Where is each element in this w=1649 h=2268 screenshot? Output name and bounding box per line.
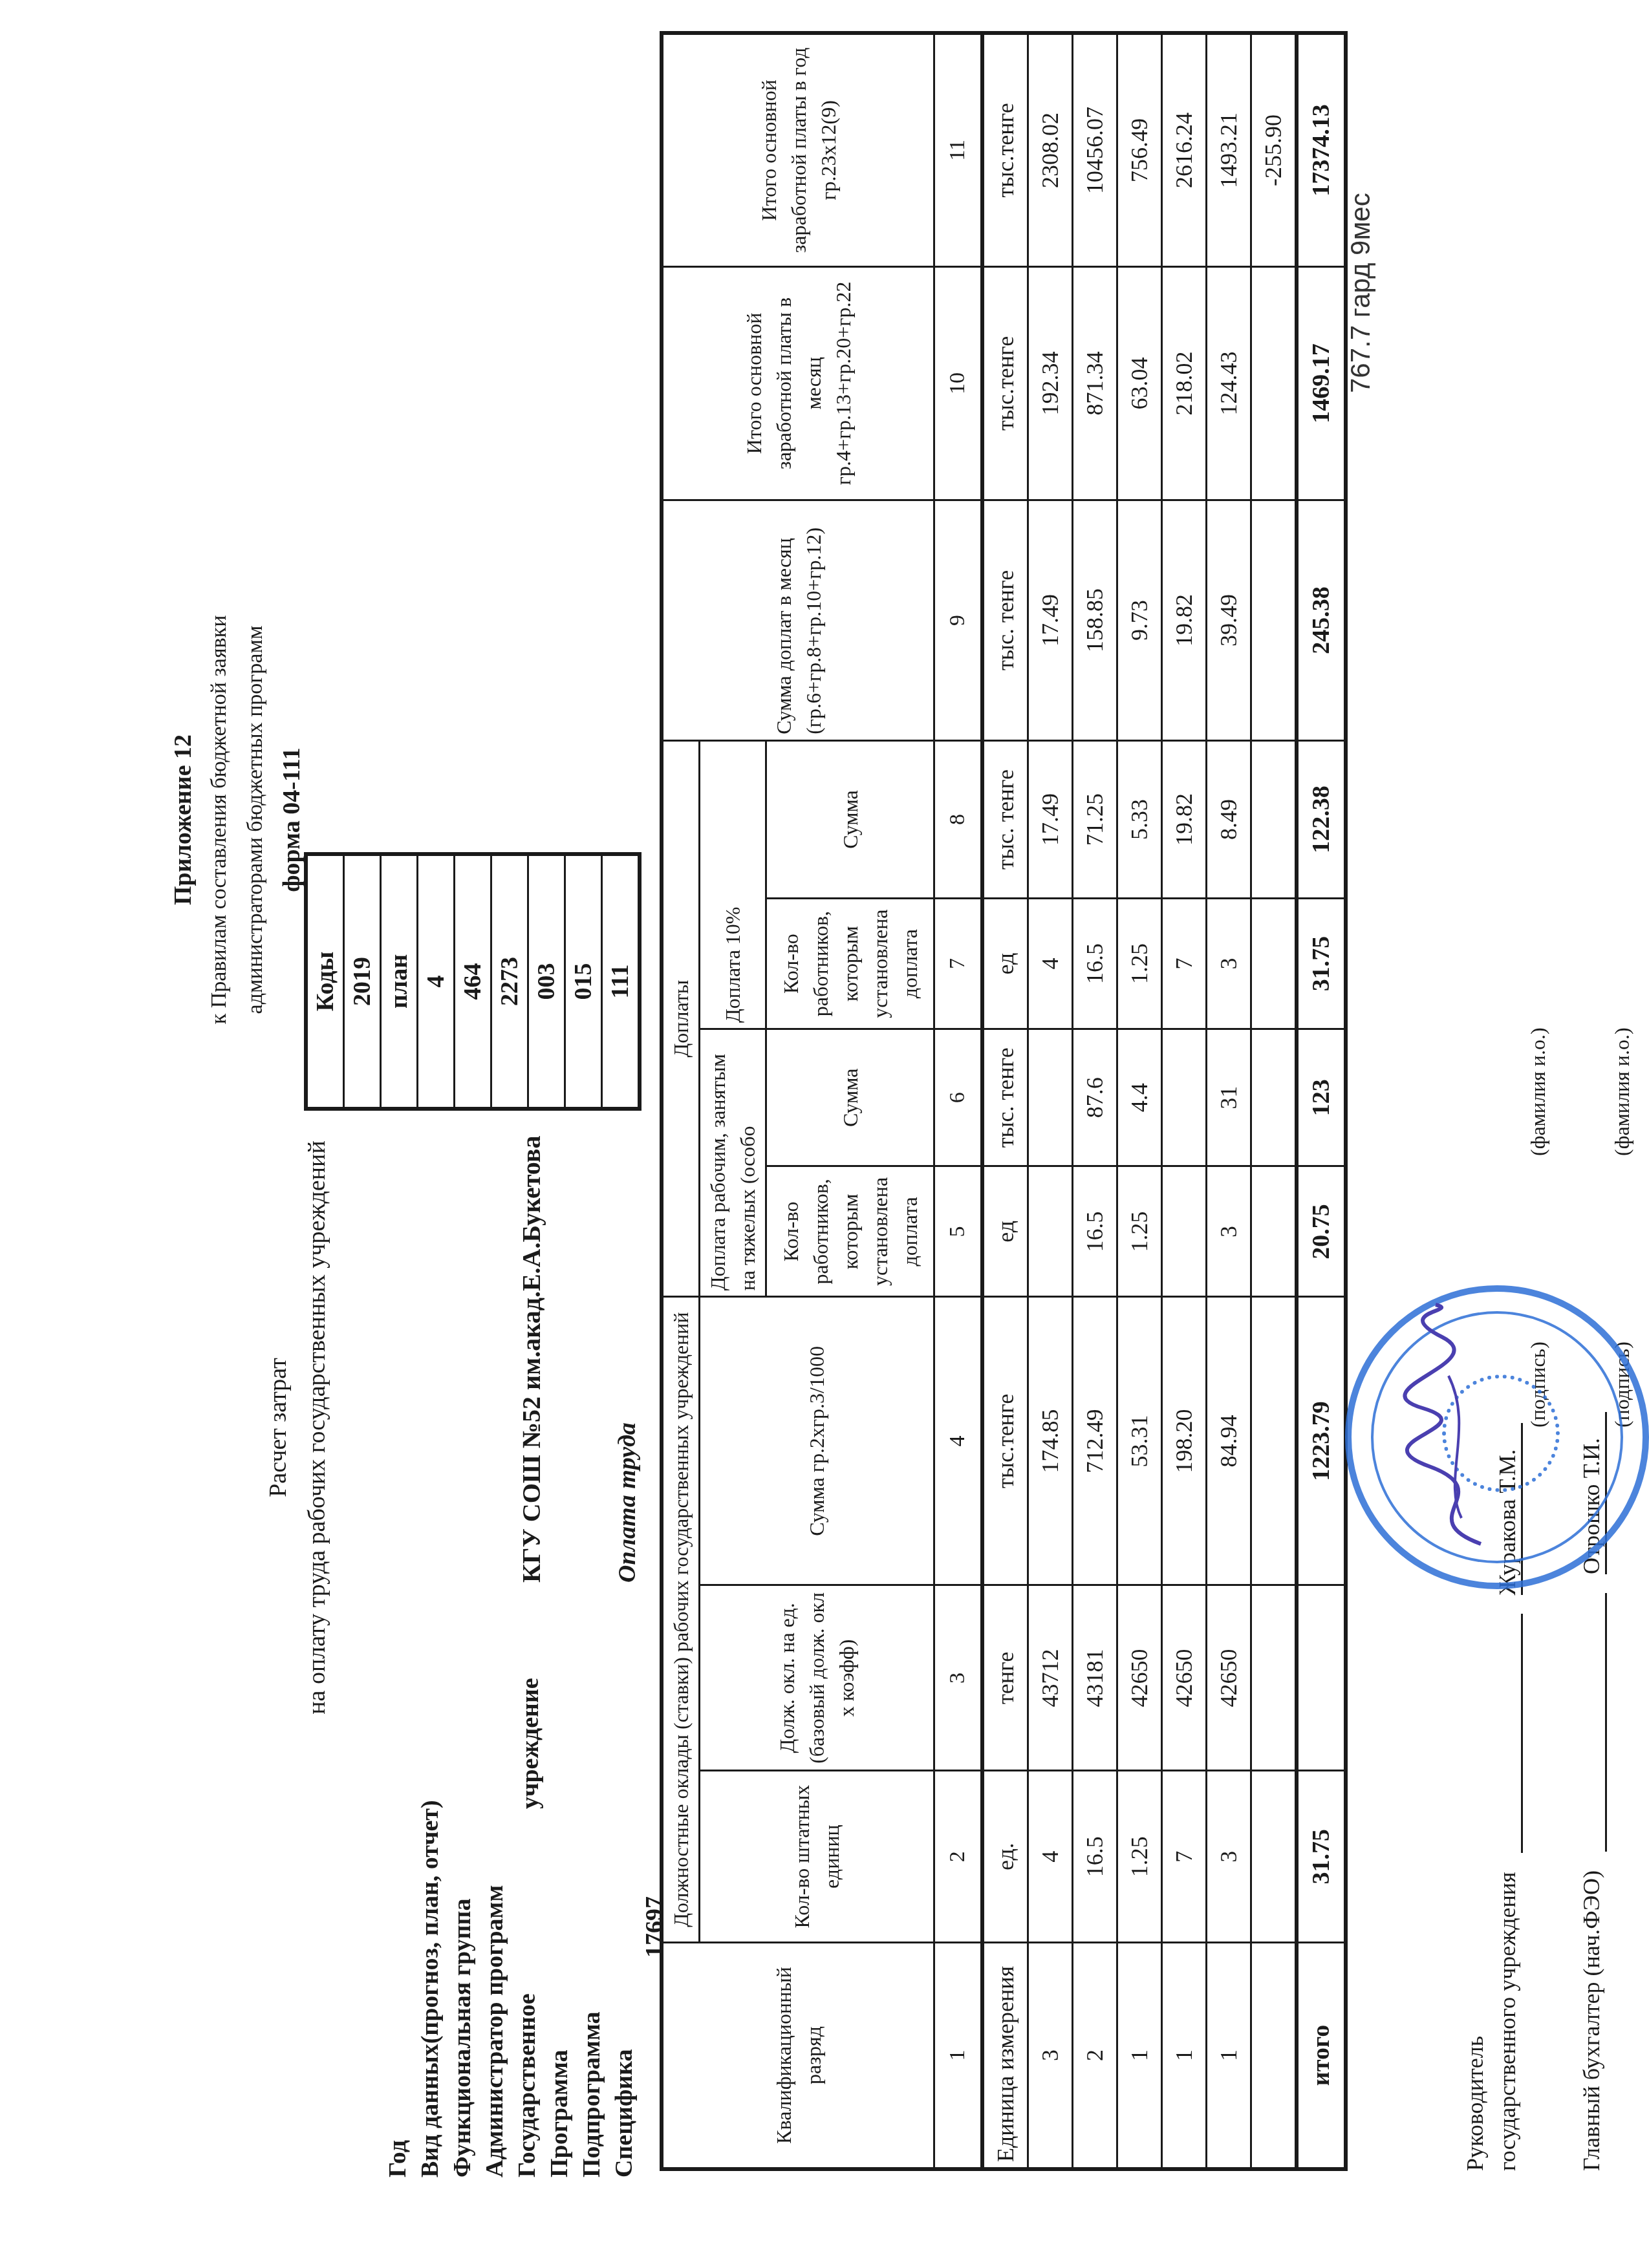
row-cell-8: 8.49 (1207, 740, 1251, 898)
row-cell-1: 1 (1207, 1942, 1251, 2169)
row-cell-3: 43181 (1073, 1585, 1117, 1771)
meta-label-year: Год (382, 1800, 414, 2177)
colnum-cell-8: 8 (934, 740, 983, 898)
row-cell-11: 756.49 (1117, 33, 1162, 266)
row-cell-1 (1251, 1942, 1297, 2169)
header-heavy-sum: Сумма (766, 1029, 934, 1166)
row-cell-6 (1251, 1029, 1297, 1166)
row-cell-8: 5.33 (1117, 740, 1162, 898)
code-subprogram: 015 (565, 854, 602, 1109)
header-extra-10: Доплата 10% (700, 740, 766, 1029)
total-cell-8: 122.38 (1297, 740, 1346, 898)
row-cell-4: 84.94 (1207, 1297, 1251, 1585)
code-data-type: план (381, 854, 418, 1109)
accountant-name-caption: (фамилия и.о.) (1610, 1027, 1634, 1156)
header-extra-sum: Сумма доплат в месяц (гр.6+гр.8+гр.10+гр… (662, 500, 934, 740)
total-cell-6: 123 (1297, 1029, 1346, 1166)
row-cell-11: 10456.07 (1073, 33, 1117, 266)
header-salary-per-unit: Долж. окл. на ед. (базовый долж. окл х к… (700, 1585, 934, 1771)
row-cell-7: 7 (1162, 899, 1207, 1029)
units-cell-3: тенге (982, 1585, 1028, 1771)
row-cell-7: 4 (1028, 899, 1073, 1029)
meta-label-state: Государственное (511, 1800, 543, 2177)
row-cell-2 (1251, 1771, 1297, 1943)
row-cell-3: 42650 (1117, 1585, 1162, 1771)
units-cell-11: тыс.тенге (982, 33, 1028, 266)
code-functional-group: 4 (418, 854, 455, 1109)
meta-label-program: Программа (543, 1800, 576, 2177)
row-cell-6: 87.6 (1073, 1029, 1117, 1166)
row-cell-3: 42650 (1207, 1585, 1251, 1771)
row-cell-2: 16.5 (1073, 1771, 1117, 1943)
row-cell-2: 4 (1028, 1771, 1073, 1943)
total-cell-1: итого (1297, 1942, 1346, 2169)
meta-label-subprogram: Подпрограмма (576, 1800, 608, 2177)
row-cell-3 (1251, 1585, 1297, 1771)
institution-name: КГУ СОШ №52 им.акад.Е.А.Букетова (516, 1136, 546, 1583)
colnum-cell-11: 11 (934, 33, 983, 266)
row-cell-7: 1.25 (1117, 899, 1162, 1029)
code-program: 003 (528, 854, 565, 1109)
row-cell-10: 63.04 (1117, 266, 1162, 500)
header-heavy-count: Кол-во работников, которым установлена д… (766, 1166, 934, 1297)
row-cell-6: 31 (1207, 1029, 1251, 1166)
units-cell-4: тыс.тенге (982, 1297, 1028, 1585)
row-cell-2: 3 (1207, 1771, 1251, 1943)
head-sign-line (1494, 1614, 1523, 1853)
row-cell-2: 7 (1162, 1771, 1207, 1943)
head-label-1: Руководитель (1461, 2036, 1489, 2171)
total-row: итого31.751223.7920.7512331.75122.38245.… (1297, 33, 1346, 2169)
row-cell-3: 43712 (1028, 1585, 1073, 1771)
colnum-cell-3: 3 (934, 1585, 983, 1771)
row-cell-8: 71.25 (1073, 740, 1117, 898)
meta-label-functional-group: Функциональная группа (446, 1800, 479, 2177)
header-group-salaries: Должностные оклады (ставки) рабочих госу… (662, 1297, 700, 1943)
total-cell-5: 20.75 (1297, 1166, 1346, 1297)
units-cell-8: тыс. тенге (982, 740, 1028, 898)
row-cell-8: 19.82 (1162, 740, 1207, 898)
row-cell-5 (1028, 1166, 1073, 1297)
row-cell-4: 712.49 (1073, 1297, 1117, 1585)
title-line-2: на оплату труда рабочих государственных … (297, 910, 336, 1945)
row-cell-8 (1251, 740, 1297, 898)
units-cell-7: ед (982, 899, 1028, 1029)
row-cell-4: 174.85 (1028, 1297, 1073, 1585)
colnum-cell-5: 5 (934, 1166, 983, 1297)
row-cell-11: 1493.21 (1207, 33, 1251, 266)
header-group-extra: Доплаты (662, 740, 700, 1297)
header-10-count: Кол-во работников, которым установлена д… (766, 899, 934, 1029)
row-cell-9: 9.73 (1117, 500, 1162, 740)
units-row: Единица измеренияед.тенгетыс.тенгеедтыс.… (982, 33, 1028, 2169)
total-cell-2: 31.75 (1297, 1771, 1346, 1943)
code-administrator: 464 (455, 854, 491, 1109)
total-cell-10: 1469.17 (1297, 266, 1346, 500)
total-cell-3 (1297, 1585, 1346, 1771)
row-cell-7: 3 (1207, 899, 1251, 1029)
total-cell-9: 245.38 (1297, 500, 1346, 740)
row-cell-7 (1251, 899, 1297, 1029)
meta-label-data-type: Вид данных(прогноз, план, отчет) (414, 1800, 446, 2177)
row-cell-1: 2 (1073, 1942, 1117, 2169)
colnum-cell-10: 10 (934, 266, 983, 500)
units-cell-1: Единица измерения (982, 1942, 1028, 2169)
table-row: 134265084.9433138.4939.49124.431493.21 (1207, 33, 1251, 2169)
row-cell-4: 53.31 (1117, 1297, 1162, 1585)
row-cell-5: 3 (1207, 1166, 1251, 1297)
salary-table: Квалификационный разряд Должностные окла… (660, 31, 1348, 2171)
row-cell-1: 3 (1028, 1942, 1073, 2169)
row-cell-5 (1162, 1166, 1207, 1297)
row-cell-3: 42650 (1162, 1585, 1207, 1771)
code-specifics: 111 (602, 854, 640, 1109)
row-cell-10 (1251, 266, 1297, 500)
header-salary-sum: Сумма гр.2хгр.3/1000 (700, 1297, 934, 1585)
meta-label-administrator: Администратор программ (479, 1800, 511, 2177)
row-cell-7: 16.5 (1073, 899, 1117, 1029)
table-row: 11.254265053.311.254.41.255.339.7363.047… (1117, 33, 1162, 2169)
appendix-line-1: к Правилам составления бюджетной заявки (201, 529, 237, 1111)
header-qualification: Квалификационный разряд (662, 1942, 934, 2169)
row-cell-9: 17.49 (1028, 500, 1073, 740)
head-name-caption: (фамилия и.о.) (1526, 1027, 1550, 1156)
row-cell-10: 218.02 (1162, 266, 1207, 500)
row-cell-5: 1.25 (1117, 1166, 1162, 1297)
document-title: Расчет затрат на оплату труда рабочих го… (259, 910, 336, 1945)
table-row: 1742650198.20719.8219.82218.022616.24 (1162, 33, 1207, 2169)
row-cell-5 (1251, 1166, 1297, 1297)
row-cell-6: 4.4 (1117, 1029, 1162, 1166)
colnum-cell-9: 9 (934, 500, 983, 740)
units-cell-5: ед (982, 1166, 1028, 1297)
colnum-cell-7: 7 (934, 899, 983, 1029)
units-cell-6: тыс. тенге (982, 1029, 1028, 1166)
row-cell-6 (1028, 1029, 1073, 1166)
head-label-2: государственного учреждения (1494, 1872, 1520, 2171)
colnum-cell-6: 6 (934, 1029, 983, 1166)
row-cell-11: -255.90 (1251, 33, 1297, 266)
row-cell-11: 2308.02 (1028, 33, 1073, 266)
row-cell-1: 1 (1117, 1942, 1162, 2169)
row-cell-9: 19.82 (1162, 500, 1207, 740)
table-row: -255.90 (1251, 33, 1297, 2169)
header-10-sum: Сумма (766, 740, 934, 898)
units-cell-10: тыс.тенге (982, 266, 1028, 500)
header-yearly-total: Итого основной заработной платы в год гр… (662, 33, 934, 266)
row-cell-2: 1.25 (1117, 1771, 1162, 1943)
row-cell-10: 192.34 (1028, 266, 1073, 500)
handwritten-note: 767.7 гард 9мес (1345, 193, 1376, 393)
row-cell-10: 871.34 (1073, 266, 1117, 500)
units-cell-2: ед. (982, 1771, 1028, 1943)
column-numbers-row: 1234567891011 (934, 33, 983, 2169)
colnum-cell-2: 2 (934, 1771, 983, 1943)
total-cell-11: 17374.13 (1297, 33, 1346, 266)
handwritten-signature-icon (1384, 1298, 1513, 1557)
total-cell-4: 1223.79 (1297, 1297, 1346, 1585)
table-row: 216.543181712.4916.587.616.571.25158.858… (1073, 33, 1117, 2169)
document-sheet: Приложение 12 к Правилам составления бюд… (0, 0, 1649, 2268)
title-line-1: Расчет затрат (259, 910, 297, 1945)
code-year: 2019 (344, 854, 381, 1109)
header-monthly-total: Итого основной заработной платы в месяц … (662, 266, 934, 500)
header-heavy-work: Доплата рабочим, занятым на тяжелых (осо… (700, 1029, 766, 1297)
accountant-label: Главный бухгалтер (нач.ФЭО) (1579, 1870, 1604, 2171)
institution-label: учреждение (516, 1678, 544, 1809)
code-institution: 2273 (491, 854, 528, 1109)
total-cell-7: 31.75 (1297, 899, 1346, 1029)
row-cell-9: 39.49 (1207, 500, 1251, 740)
meta-labels: Год Вид данных(прогноз, план, отчет) Фун… (382, 1800, 640, 2177)
row-cell-9: 158.85 (1073, 500, 1117, 740)
row-cell-5: 16.5 (1073, 1166, 1117, 1297)
codes-table: Коды 2019 план 4 464 2273 003 015 111 (304, 852, 641, 1111)
row-cell-4 (1251, 1297, 1297, 1585)
meta-label-specifics: Специфика (608, 1800, 640, 2177)
colnum-cell-4: 4 (934, 1297, 983, 1585)
header-staff-count: Кол-во штатных единиц (700, 1771, 934, 1943)
table-row: 3443712174.85417.4917.49192.342308.02 (1028, 33, 1073, 2169)
accountant-sign-line (1578, 1593, 1607, 1852)
specifics-name: Оплата труда (613, 1422, 641, 1583)
row-cell-8: 17.49 (1028, 740, 1073, 898)
colnum-cell-1: 1 (934, 1942, 983, 2169)
appendix-title: Приложение 12 (165, 529, 201, 1111)
row-cell-9 (1251, 500, 1297, 740)
row-cell-1: 1 (1162, 1942, 1207, 2169)
row-cell-4: 198.20 (1162, 1297, 1207, 1585)
row-cell-6 (1162, 1029, 1207, 1166)
units-cell-9: тыс. тенге (982, 500, 1028, 740)
row-cell-10: 124.43 (1207, 266, 1251, 500)
row-cell-11: 2616.24 (1162, 33, 1207, 266)
